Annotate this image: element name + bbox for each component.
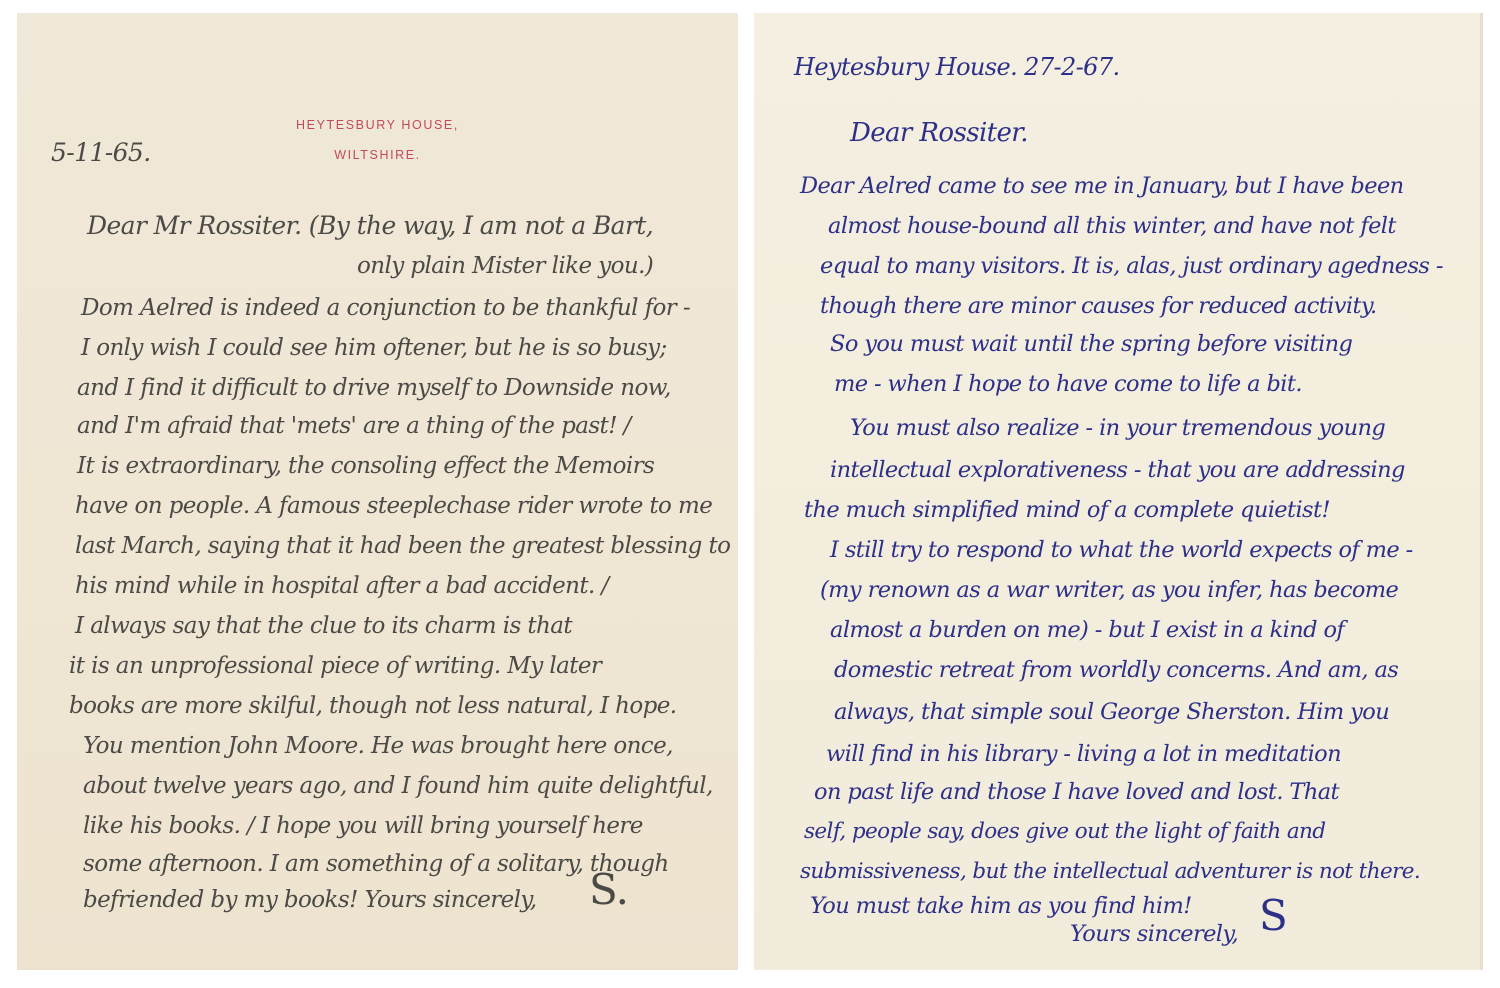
letter-line: like his books. / I hope you will bring … xyxy=(83,813,643,839)
letter-line: Dear Aelred came to see me in January, b… xyxy=(800,173,1404,199)
letter-date: 5-11-65. xyxy=(51,138,151,167)
letter-line: about twelve years ago, and I found him … xyxy=(83,773,713,799)
letter-line: some afternoon. I am something of a soli… xyxy=(83,851,669,877)
letter-closing: Yours sincerely, xyxy=(1070,921,1238,947)
letter-page-1967: Heytesbury House. 27-2-67. Dear Rossiter… xyxy=(754,13,1483,970)
letter-line: will find in his library - living a lot … xyxy=(826,741,1341,767)
letter-salutation: Dear Mr Rossiter. (By the way, I am not … xyxy=(87,211,653,240)
letter-line: So you must wait until the spring before… xyxy=(830,331,1352,357)
letter-salutation: Dear Rossiter. xyxy=(850,118,1028,148)
letter-line: I always say that the clue to its charm … xyxy=(75,613,572,639)
letter-line: I still try to respond to what the world… xyxy=(830,537,1413,563)
letter-line: last March, saying that it had been the … xyxy=(75,533,730,559)
letter-line: It is extraordinary, the consoling effec… xyxy=(77,453,654,479)
letter-line: almost a burden on me) - but I exist in … xyxy=(830,617,1344,643)
letter-line: on past life and those I have loved and … xyxy=(814,779,1339,805)
letter-heading: Heytesbury House. 27-2-67. xyxy=(794,53,1120,81)
letter-line: equal to many visitors. It is, alas, jus… xyxy=(820,253,1443,279)
letter-line: I only wish I could see him oftener, but… xyxy=(81,335,667,361)
letter-line: only plain Mister like you.) xyxy=(357,253,653,279)
letter-line: me - when I hope to have come to life a … xyxy=(834,371,1302,397)
letter-line: and I find it difficult to drive myself … xyxy=(77,375,671,401)
letter-line: it is an unprofessional piece of writing… xyxy=(69,653,601,679)
letter-line: his mind while in hospital after a bad a… xyxy=(75,573,609,599)
letterhead-line-1: HEYTESBURY HOUSE, xyxy=(17,118,738,132)
signature: S xyxy=(1259,891,1287,940)
letter-line: though there are minor causes for reduce… xyxy=(820,293,1377,319)
letter-line: intellectual explorativeness - that you … xyxy=(830,457,1405,483)
letter-line: Dom Aelred is indeed a conjunction to be… xyxy=(81,295,690,321)
letter-line: (my renown as a war writer, as you infer… xyxy=(820,577,1398,603)
signature: S. xyxy=(589,865,628,914)
letter-line: You must also realize - in your tremendo… xyxy=(850,415,1385,441)
letter-page-1965: HEYTESBURY HOUSE, WILTSHIRE. 5-11-65. De… xyxy=(17,13,738,970)
letter-line: almost house-bound all this winter, and … xyxy=(828,213,1396,239)
letter-line: the much simplified mind of a complete q… xyxy=(804,497,1330,523)
letter-line: domestic retreat from worldly concerns. … xyxy=(834,657,1398,683)
letter-line: self, people say, does give out the ligh… xyxy=(804,819,1325,844)
letter-line: submissiveness, but the intellectual adv… xyxy=(800,859,1420,884)
letter-line: and I'm afraid that 'mets' are a thing o… xyxy=(77,413,631,439)
letter-line: always, that simple soul George Sherston… xyxy=(834,699,1389,725)
letter-line: befriended by my books! Yours sincerely, xyxy=(83,887,536,913)
letter-line: have on people. A famous steeplechase ri… xyxy=(75,493,712,519)
letter-line: You mention John Moore. He was brought h… xyxy=(83,733,673,759)
letter-line: You must take him as you find him! xyxy=(810,893,1192,919)
letter-line: books are more skilful, though not less … xyxy=(69,693,676,719)
